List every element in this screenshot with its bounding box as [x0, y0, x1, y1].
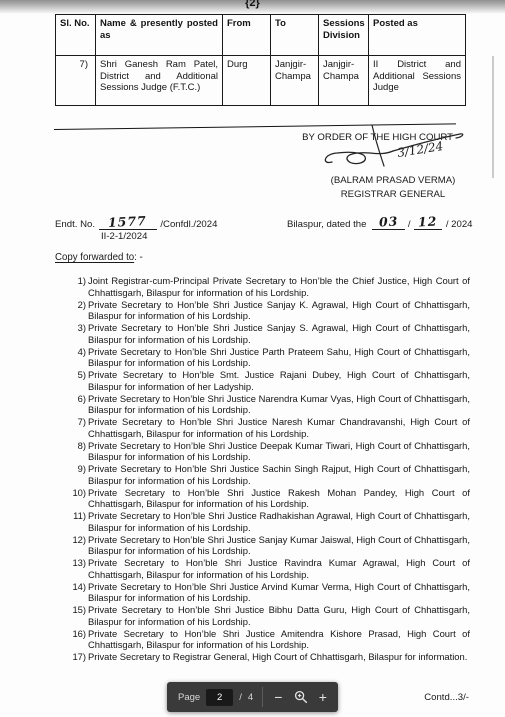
list-item-text: Private Secretary to Hon’ble Shri Justic…: [88, 557, 470, 580]
date-day-handwritten: 03: [379, 216, 399, 229]
list-item-text: Private Secretary to Registrar General, …: [88, 651, 467, 662]
zoom-out-button[interactable]: −: [274, 690, 282, 704]
col-header-name: Name & presently posted as: [96, 15, 223, 56]
list-item: 11)Private Secretary to Hon’ble Shri Jus…: [62, 510, 470, 534]
list-item-number: 4): [62, 346, 88, 358]
date-separator: /: [408, 219, 411, 230]
cell-from: Durg: [223, 56, 271, 106]
copy-heading-underlined: Copy forwarded to: [55, 252, 134, 263]
list-item-text: Private Secretary to Hon’ble Shri Justic…: [88, 440, 470, 463]
list-item-text: Private Secretary to Hon’ble Shri Justic…: [88, 534, 470, 557]
list-item: 2)Private Secretary to Hon’ble Shri Just…: [62, 299, 470, 323]
endt-number-handwritten: 1577: [108, 215, 147, 229]
page-label: Page: [178, 692, 200, 703]
col-header-sessions-division: Sessions Division: [319, 15, 369, 56]
copy-forwarded-heading: Copy forwarded to: -: [55, 252, 143, 263]
copy-heading-suffix: : -: [134, 252, 143, 263]
list-item-number: 3): [62, 322, 88, 334]
list-item-text: Private Secretary to Hon’ble Shri Justic…: [88, 487, 470, 510]
signatory-name: (BALRAM PRASAD VERMA): [322, 175, 464, 186]
list-item-text: Private Secretary to Hon’ble Shri Justic…: [88, 322, 470, 345]
table-header-row: Sl. No. Name & presently posted as From …: [56, 15, 466, 56]
list-item-number: 5): [62, 369, 88, 381]
pdf-viewer-toolbar: Page 2 / 4 − +: [167, 682, 338, 712]
document-page: {2} Sl. No. Name & presently posted as F…: [0, 0, 505, 717]
list-item: 9)Private Secretary to Hon’ble Shri Just…: [62, 463, 470, 487]
list-item-number: 16): [62, 628, 88, 640]
zoom-in-button[interactable]: +: [319, 690, 327, 704]
list-item-number: 7): [62, 416, 88, 428]
cell-posted-as: II District and Additional Sessions Judg…: [369, 56, 466, 106]
cell-to: Janjgir-Champa: [271, 56, 319, 106]
zoom-controls: − +: [263, 690, 338, 704]
list-item: 8)Private Secretary to Hon’ble Shri Just…: [62, 440, 470, 464]
list-item-text: Private Secretary to Hon’ble Shri Justic…: [88, 299, 470, 322]
list-item: 7)Private Secretary to Hon’ble Shri Just…: [62, 416, 470, 440]
list-item: 15)Private Secretary to Hon’ble Shri Jus…: [62, 604, 470, 628]
date-month-blank: 12: [414, 216, 442, 230]
endorsement-ref: II-2-1/2024: [101, 231, 147, 242]
page-number-marker: {2}: [0, 0, 505, 9]
list-item-text: Private Secretary to Hon’ble Shri Justic…: [88, 346, 470, 369]
signatory-title: REGISTRAR GENERAL: [322, 189, 464, 200]
list-item: 14)Private Secretary to Hon’ble Shri Jus…: [62, 581, 470, 605]
col-header-to: To: [271, 15, 319, 56]
list-item-number: 12): [62, 534, 88, 546]
continuation-marker: Contd...3/-: [424, 692, 469, 703]
list-item-number: 2): [62, 299, 88, 311]
list-item-number: 13): [62, 557, 88, 569]
date-day-blank: 03: [372, 216, 405, 230]
page-separator: /: [239, 692, 242, 703]
list-item-text: Private Secretary to Hon’ble Smt. Justic…: [88, 369, 470, 392]
list-item: 16)Private Secretary to Hon’ble Shri Jus…: [62, 628, 470, 652]
page-number-input[interactable]: 2: [206, 689, 233, 706]
list-item: 12)Private Secretary to Hon’ble Shri Jus…: [62, 534, 470, 558]
list-item-number: 17): [62, 651, 88, 663]
page-controls: Page 2 / 4: [167, 689, 262, 706]
date-month-handwritten: 12: [418, 216, 438, 229]
list-item: 3)Private Secretary to Hon’ble Shri Just…: [62, 322, 470, 346]
signature-scribble: 3/12/24: [318, 120, 468, 180]
list-item-number: 8): [62, 440, 88, 452]
dateline: Bilaspur, dated the 03 / 12 / 2024: [287, 216, 473, 230]
list-item-text: Private Secretary to Hon’ble Shri Justic…: [88, 581, 470, 604]
list-item: 13)Private Secretary to Hon’ble Shri Jus…: [62, 557, 470, 581]
endorsement-line: Endt. No. 1577 /Confdl./2024: [55, 216, 217, 230]
list-item-text: Private Secretary to Hon’ble Shri Justic…: [88, 604, 470, 627]
magnifier-zoom-icon[interactable]: [294, 690, 308, 704]
forwarded-list: 1)Joint Registrar-cum-Principal Private …: [62, 275, 470, 663]
list-item-number: 15): [62, 604, 88, 616]
cell-name: Shri Ganesh Ram Patel, District and Addi…: [96, 56, 223, 106]
list-item-number: 14): [62, 581, 88, 593]
col-header-from: From: [223, 15, 271, 56]
list-item-number: 6): [62, 393, 88, 405]
col-header-sl-no: Sl. No.: [56, 15, 96, 56]
list-item: 4)Private Secretary to Hon’ble Shri Just…: [62, 346, 470, 370]
table-row: 7) Shri Ganesh Ram Patel, District and A…: [56, 56, 466, 106]
list-item: 6)Private Secretary to Hon’ble Shri Just…: [62, 393, 470, 417]
list-item: 1)Joint Registrar-cum-Principal Private …: [62, 275, 470, 299]
col-header-posted-as: Posted as: [369, 15, 466, 56]
cell-sessions-division: Janjgir-Champa: [319, 56, 369, 106]
endt-prefix: Endt. No.: [55, 219, 95, 230]
list-item-number: 10): [62, 487, 88, 499]
list-item: 17)Private Secretary to Registrar Genera…: [62, 651, 470, 663]
endt-number-blank: 1577: [99, 216, 157, 230]
list-item-text: Private Secretary to Hon’ble Shri Justic…: [88, 510, 470, 533]
endt-suffix: /Confdl./2024: [160, 219, 217, 230]
signature-date: 3/12/24: [396, 139, 444, 160]
list-item: 5)Private Secretary to Hon’ble Smt. Just…: [62, 369, 470, 393]
date-year: / 2024: [446, 219, 473, 230]
page-total: 4: [248, 692, 253, 703]
list-item-number: 1): [62, 275, 88, 287]
list-item-number: 9): [62, 463, 88, 475]
postings-table: Sl. No. Name & presently posted as From …: [55, 14, 466, 106]
list-item-number: 11): [62, 510, 88, 522]
cell-sl-no: 7): [56, 56, 96, 106]
list-item-text: Private Secretary to Hon’ble Shri Justic…: [88, 628, 470, 651]
list-item: 10)Private Secretary to Hon’ble Shri Jus…: [62, 487, 470, 511]
list-item-text: Joint Registrar-cum-Principal Private Se…: [88, 275, 470, 298]
list-item-text: Private Secretary to Hon’ble Shri Justic…: [88, 463, 470, 486]
list-item-text: Private Secretary to Hon’ble Shri Justic…: [88, 416, 470, 439]
list-item-text: Private Secretary to Hon’ble Shri Justic…: [88, 393, 470, 416]
scan-edge-artifact: [492, 56, 494, 178]
dateline-prefix: Bilaspur, dated the: [287, 219, 366, 230]
